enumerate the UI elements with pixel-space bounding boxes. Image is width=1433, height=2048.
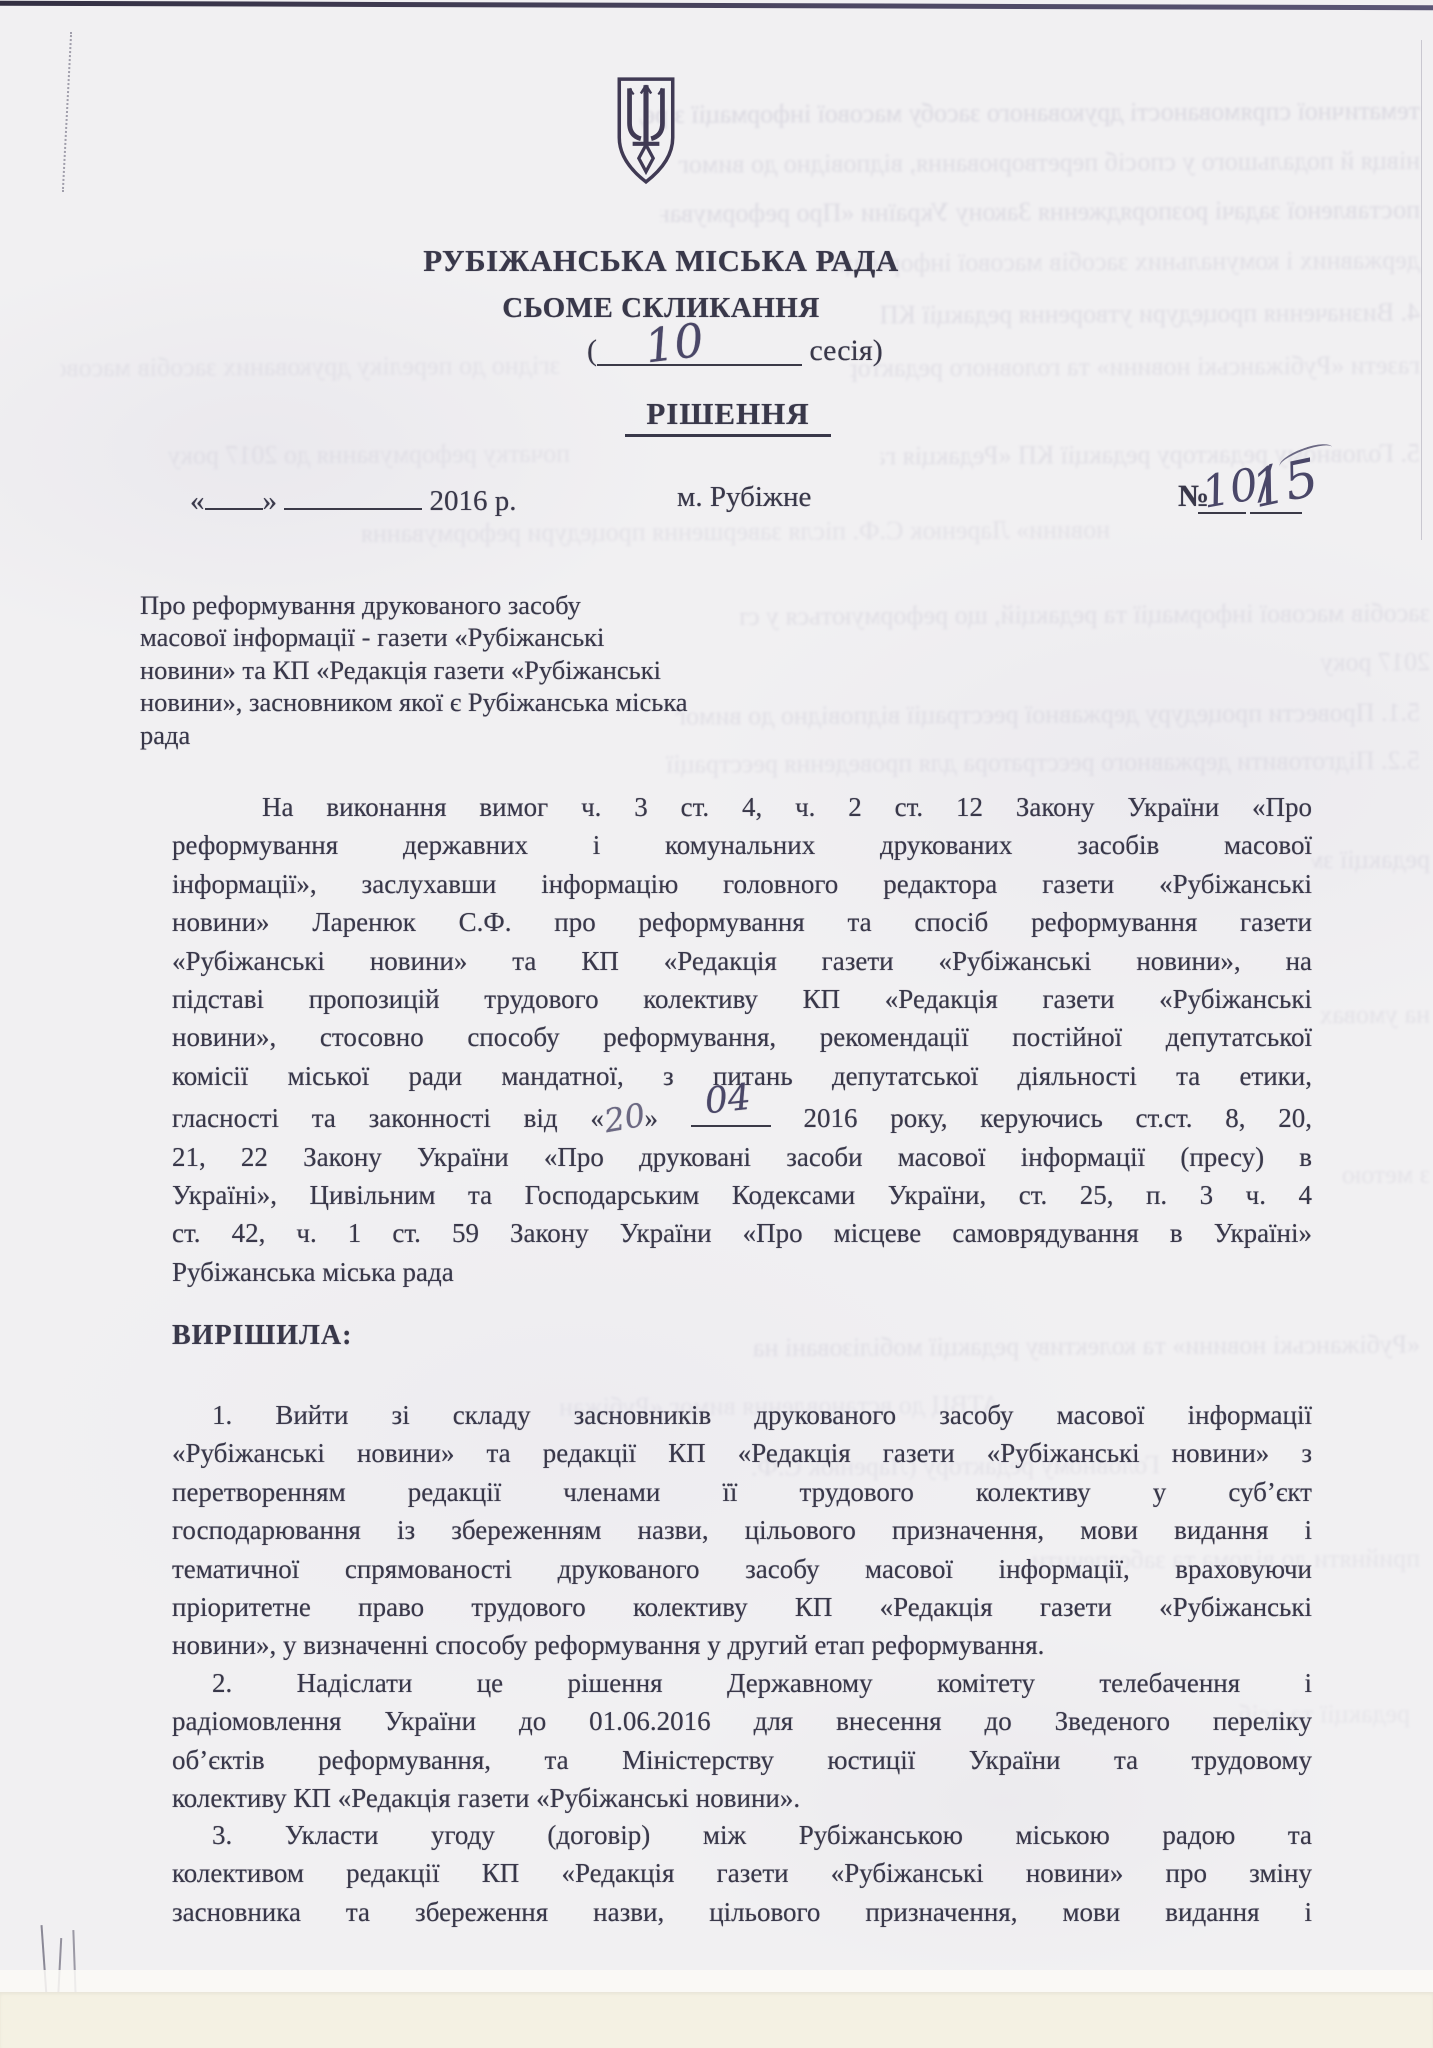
- bleedthrough-text: 2017 року: [1110, 647, 1430, 679]
- bleedthrough-text: «Рубіжанські новини» та колективу редакц…: [560, 1330, 1420, 1365]
- session-row: (10 сесія): [587, 330, 883, 368]
- tryzub-emblem-icon: [615, 76, 677, 186]
- scan-bottom-beige-band: [0, 1992, 1433, 2048]
- item-line: 3. Укласти угоду (договір) між Рубіжансь…: [172, 1816, 1312, 1854]
- quote-close: »: [263, 485, 278, 517]
- resolution-heading: ВИРІШИЛА:: [172, 1320, 352, 1352]
- preamble-line: новини» Ларенюк С.Ф. про реформування та…: [172, 903, 1312, 941]
- preamble-line9-text: 2016 року, керуючись ст.ст. 8, 20,: [804, 1103, 1312, 1133]
- bleedthrough-text: тематичної спрямованості друкованого зас…: [640, 96, 1420, 130]
- bleedthrough-text: 5. Головному редактору редакції КП «Реда…: [880, 439, 1420, 472]
- item-line: об’єктів реформування, та Міністерству ю…: [172, 1741, 1312, 1779]
- scanned-document-page: тематичної спрямованості друкованого зас…: [0, 0, 1433, 2048]
- item-line: засновника та збереження назви, цільовог…: [172, 1893, 1312, 1931]
- item-line: тематичної спрямованості друкованого зас…: [172, 1550, 1312, 1588]
- preamble-line: інформації», заслухавши інформацію голов…: [172, 865, 1312, 903]
- preamble-line: новини», стосовно способу реформування, …: [172, 1018, 1312, 1056]
- item-line: 1. Вийти зі складу засновників друковано…: [172, 1396, 1312, 1434]
- handwritten-month: 04: [703, 1079, 753, 1122]
- subject-line: рада: [140, 719, 780, 751]
- subject-line: Про реформування друкованого засобу: [140, 589, 780, 621]
- preamble-line: ст. 42, ч. 1 ст. 59 Закону України «Про …: [172, 1214, 1312, 1252]
- resolution-item-2: 2. Надіслати це рішення Державному коміт…: [172, 1664, 1312, 1818]
- place-label: м. Рубіжне: [677, 481, 811, 514]
- margin-speckle-column: [62, 32, 72, 192]
- item-line: пріоритетне право трудового колективу КП…: [172, 1588, 1312, 1626]
- bleedthrough-text: з метою: [1315, 1160, 1430, 1191]
- preamble-line: реформування державних і комунальних дру…: [172, 826, 1312, 864]
- bleedthrough-text: нівця й подальшого у спосіб перетворюван…: [600, 146, 1420, 180]
- session-number-handwritten: 10: [642, 313, 707, 374]
- subject-line: новини» та КП «Редакція газети «Рубіжанс…: [140, 654, 780, 686]
- scan-right-edge-line: [1421, 40, 1422, 540]
- bleedthrough-text: газети «Рубіжанські новини» та головного…: [850, 351, 1420, 384]
- item-line: колективу КП «Редакція газети «Рубіжансь…: [172, 1779, 1312, 1817]
- item-line: 2. Надіслати це рішення Державному коміт…: [172, 1664, 1312, 1702]
- bleedthrough-text: засобів масової інформації та редакцій, …: [740, 598, 1430, 632]
- bleedthrough-text: поставленої задачі розпорядження Закону …: [660, 195, 1420, 229]
- bleedthrough-text: згідно до переліку друкованих засобів ма…: [60, 351, 560, 384]
- preamble-line: Рубіжанська міська рада: [172, 1253, 1312, 1291]
- year-label: 2016 р.: [430, 485, 517, 517]
- council-title: РУБІЖАНСЬКА МІСЬКА РАДА: [0, 243, 1322, 279]
- item-line: перетворенням редакції членами її трудов…: [172, 1473, 1312, 1511]
- subject-line: масової інформації - газети «Рубіжанські: [140, 621, 780, 653]
- scan-top-edge-line: [0, 1, 1433, 11]
- handwritten-day: 20: [601, 1096, 648, 1141]
- preamble-line: підставі пропозицій трудового колективу …: [172, 980, 1312, 1018]
- preamble-line: «Рубіжанські новини» та КП «Редакція газ…: [172, 942, 1312, 980]
- bleedthrough-text: новини» Ларенюк С.Ф. після завершення пр…: [330, 515, 1110, 549]
- session-label: сесія): [810, 334, 883, 367]
- bleedthrough-text: початку реформування до 2017 року: [100, 439, 570, 471]
- item-line: господарювання із збереженням назви, ціл…: [172, 1511, 1312, 1549]
- subject-block: Про реформування друкованого засобу масо…: [140, 589, 780, 751]
- date-blank: «» 2016 р.: [190, 478, 517, 518]
- subject-line: новини», засновником якої є Рубіжанська …: [140, 686, 780, 718]
- preamble-paragraph: На виконання вимог ч. 3 ст. 4, ч. 2 ст. …: [172, 788, 1312, 1291]
- item-line: радіомовлення України до 01.06.2016 для …: [172, 1702, 1312, 1740]
- preamble-line9-text: гласності та законності від «: [172, 1103, 604, 1133]
- quote-open: «: [190, 485, 205, 517]
- resolution-item-3: 3. Укласти угоду (договір) між Рубіжансь…: [172, 1816, 1312, 1931]
- item-line: новини», у визначенні способу реформуван…: [172, 1626, 1312, 1664]
- item-line: колективом редакції КП «Редакція газети …: [172, 1854, 1312, 1892]
- preamble-line: На виконання вимог ч. 3 ст. 4, ч. 2 ст. …: [172, 788, 1312, 826]
- scan-bottom-light-band: [0, 1970, 1433, 1992]
- preamble-line-with-handwriting: гласності та законності від «20» 04 2016…: [172, 1095, 1312, 1137]
- session-paren-open: (: [587, 334, 597, 367]
- bleedthrough-text: на умовах: [1312, 1000, 1430, 1031]
- bleedthrough-text: редакції змін: [1312, 845, 1430, 876]
- item-line: «Рубіжанські новини» та редакції КП «Ред…: [172, 1434, 1312, 1472]
- resolution-item-1: 1. Вийти зі складу засновників друковано…: [172, 1396, 1312, 1665]
- doc-type-title: РІШЕННЯ: [625, 396, 831, 437]
- preamble-line: Україні», Цивільним та Господарським Код…: [172, 1176, 1312, 1214]
- preamble-line: 21, 22 Закону України «Про друковані зас…: [172, 1138, 1312, 1176]
